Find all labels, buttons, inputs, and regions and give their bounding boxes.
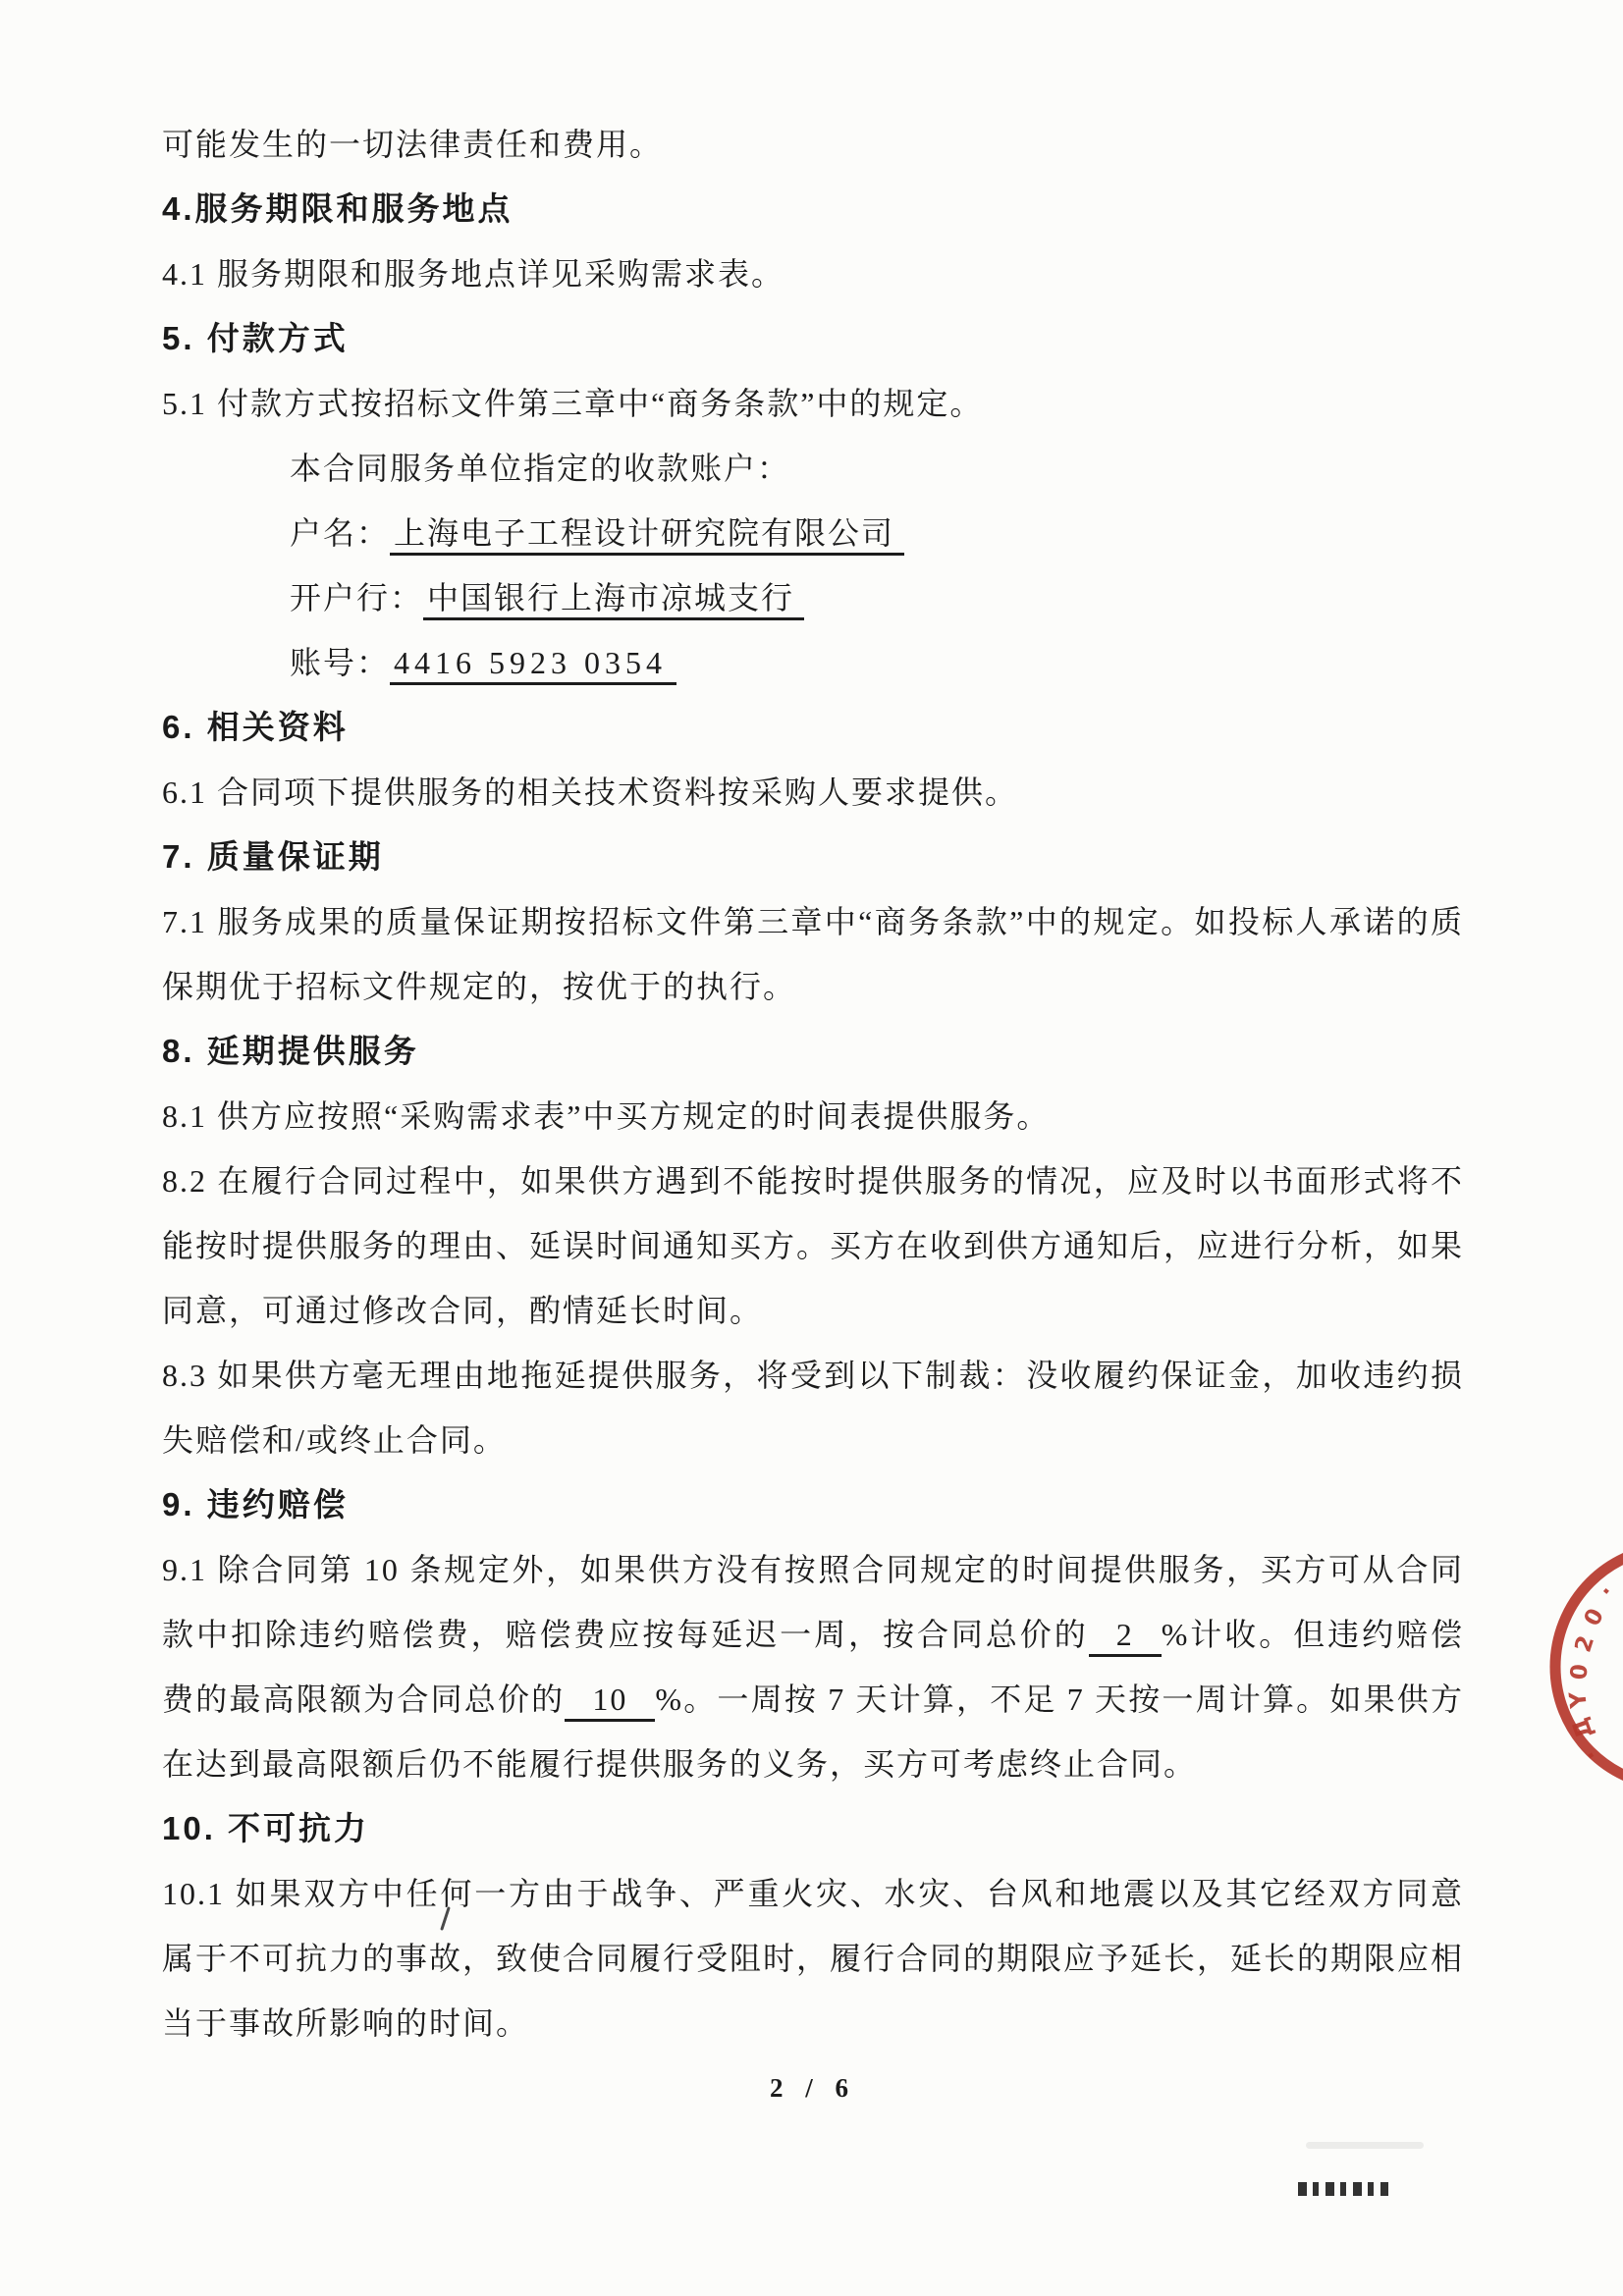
scan-artifact-faint bbox=[1306, 2142, 1424, 2149]
account-holder-label: 户名： bbox=[290, 515, 390, 551]
penalty-cap-blank: 10 bbox=[565, 1682, 655, 1722]
clause-7-1: 7.1 服务成果的质量保证期按招标文件第三章中“商务条款”中的规定。如投标人承诺… bbox=[162, 889, 1464, 1019]
clause-8-3: 8.3 如果供方毫无理由地拖延提供服务，将受到以下制裁：没收履约保证金，加收违约… bbox=[162, 1343, 1464, 1472]
account-number-value: 4416 5923 0354 bbox=[390, 645, 676, 685]
clause-7-heading: 7. 质量保证期 bbox=[162, 825, 1464, 889]
clause-9-heading: 9. 违约赔偿 bbox=[162, 1472, 1464, 1537]
clause-8-2: 8.2 在履行合同过程中，如果供方遇到不能按时提供服务的情况，应及时以书面形式将… bbox=[162, 1148, 1464, 1343]
clause-10-1: 10.1 如果双方中任何一方由于战争、严重火灾、水灾、台风和地震以及其它经双方同… bbox=[162, 1861, 1464, 2056]
page-number: 2 / 6 bbox=[162, 2056, 1464, 2120]
clause-4-heading: 4.服务期限和服务地点 bbox=[162, 177, 1464, 241]
scan-artifact-smudge bbox=[1298, 2182, 1388, 2196]
bank-label: 开户行： bbox=[290, 580, 423, 615]
account-holder-value: 上海电子工程设计研究院有限公司 bbox=[390, 515, 904, 556]
penalty-rate-blank: 2 bbox=[1089, 1617, 1162, 1657]
account-number-row: 账号：4416 5923 0354 bbox=[162, 630, 1464, 695]
clause-6-heading: 6. 相关资料 bbox=[162, 695, 1464, 760]
clause-8-heading: 8. 延期提供服务 bbox=[162, 1019, 1464, 1084]
bank-row: 开户行：中国银行上海市凉城支行 bbox=[162, 565, 1464, 630]
intro-line: 可能发生的一切法律责任和费用。 bbox=[162, 112, 1464, 177]
account-holder-row: 户名：上海电子工程设计研究院有限公司 bbox=[162, 501, 1464, 565]
bank-value: 中国银行上海市凉城支行 bbox=[423, 580, 804, 620]
contract-page: 可能发生的一切法律责任和费用。 4.服务期限和服务地点 4.1 服务期限和服务地… bbox=[0, 0, 1623, 2296]
clause-6-1: 6.1 合同项下提供服务的相关技术资料按采购人要求提供。 bbox=[162, 760, 1464, 825]
clause-5-heading: 5. 付款方式 bbox=[162, 306, 1464, 371]
account-intro-line: 本合同服务单位指定的收款账户： bbox=[162, 436, 1464, 501]
clause-10-heading: 10. 不可抗力 bbox=[162, 1796, 1464, 1861]
clause-9-1: 9.1 除合同第 10 条规定外，如果供方没有按照合同规定的时间提供服务，买方可… bbox=[162, 1537, 1464, 1796]
clause-4-1: 4.1 服务期限和服务地点详见采购需求表。 bbox=[162, 241, 1464, 306]
clause-5-1: 5.1 付款方式按招标文件第三章中“商务条款”中的规定。 bbox=[162, 371, 1464, 436]
account-number-label: 账号： bbox=[290, 645, 390, 680]
clause-8-1: 8.1 供方应按照“采购需求表”中买方规定的时间表提供服务。 bbox=[162, 1084, 1464, 1148]
